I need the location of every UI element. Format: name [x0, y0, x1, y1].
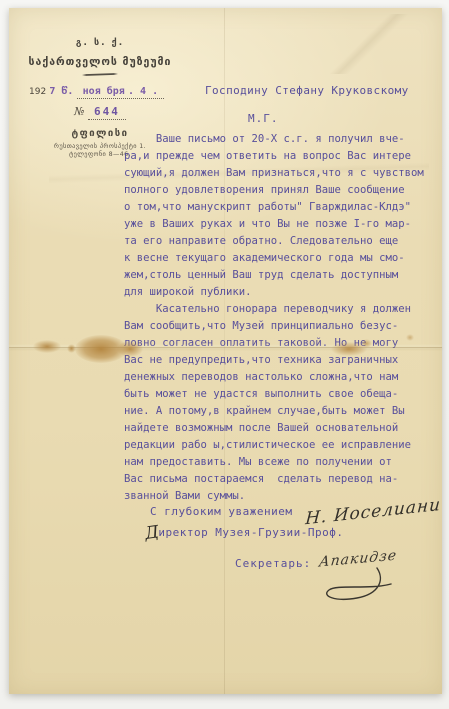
- document-number: 644: [94, 105, 120, 118]
- date-year-stamp: 7 წ.: [49, 86, 73, 97]
- letter-paragraph-2: Касательно гонорара переводчику я должен…: [124, 301, 448, 505]
- date-day-stamp: . 4 .: [128, 86, 158, 97]
- secretary-signature-flourish: [299, 560, 419, 610]
- document-number-line: № 644: [25, 105, 175, 118]
- date-line: 192 7 წ. ноя бря . 4 .: [25, 86, 175, 97]
- org-abbreviation: გ. ს. ქ.: [25, 38, 175, 48]
- numero-sign: №: [74, 105, 84, 118]
- stain-blob: [361, 339, 372, 348]
- date-month-stamp: ноя бря: [83, 86, 125, 97]
- letter-paper: გ. ს. ქ. საქართველოს მუზეუმი 192 7 წ. но…: [9, 8, 442, 694]
- stain-blob: [117, 341, 143, 357]
- date-prefix: 192: [29, 87, 46, 97]
- salutation: М.Г.: [248, 112, 279, 125]
- handwritten-initial: Д: [144, 522, 161, 544]
- letterhead-ornament-rule: [82, 73, 118, 76]
- closing-phrase: С глубоким уважением: [150, 505, 292, 518]
- stain-blob: [406, 334, 414, 341]
- addressee-line: Господину Стефану Круковскому: [205, 84, 409, 97]
- org-name: საქართველოს მუზეუმი: [25, 56, 175, 68]
- paper-crease-top-right: [308, 14, 428, 74]
- letter-paragraph-1: Ваше письмо от 20-Х с.г. я получил вче- …: [124, 131, 448, 301]
- stain-blob: [33, 340, 61, 353]
- scan-background: გ. ს. ქ. საქართველოს მუზეუმი 192 7 წ. но…: [0, 0, 449, 709]
